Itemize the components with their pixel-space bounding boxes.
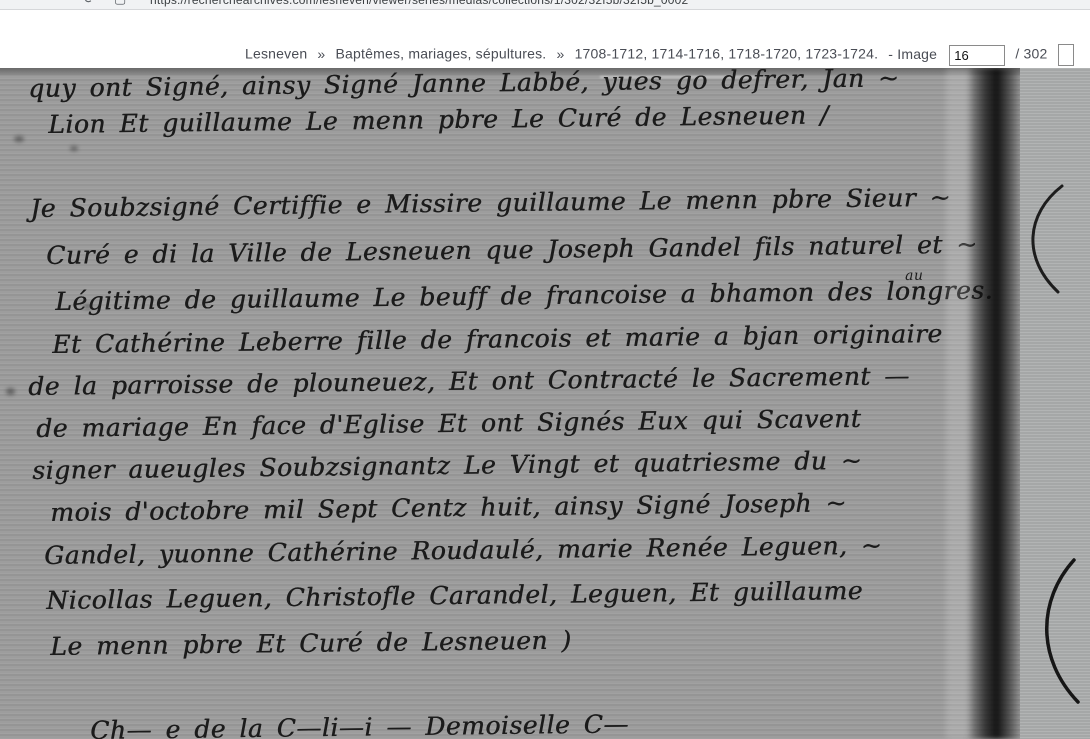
manuscript-line: Gandel, yuonne Cathérine Roudaulé, marie… xyxy=(44,531,882,570)
manuscript-line: Je Soubzsigné Certiffie e Missire guilla… xyxy=(30,183,951,223)
manuscript-line: Le menn pbre Et Curé de Lesneuen ) xyxy=(50,626,572,661)
manuscript-line: de mariage En face d'Eglise Et ont Signé… xyxy=(36,404,861,443)
ink-smudge xyxy=(70,146,78,151)
image-number-input[interactable] xyxy=(949,45,1005,66)
manuscript-line: Nicollas Leguen, Christofle Carandel, Le… xyxy=(46,576,863,615)
manuscript-line-partial: Ch— e de la C—li—i — Demoiselle C— xyxy=(90,709,629,739)
breadcrumb-location[interactable]: Lesneven xyxy=(245,46,307,62)
go-to-image-button[interactable] xyxy=(1058,44,1074,66)
ink-smudge xyxy=(84,304,91,309)
book-gutter-shadow xyxy=(966,68,1022,739)
breadcrumb-collection[interactable]: Baptêmes, mariages, sépultures. xyxy=(336,46,547,62)
breadcrumb-separator-icon: » xyxy=(317,46,325,62)
manuscript-line: Légitime de guillaume Le beuff de franco… xyxy=(55,276,993,316)
image-total: / 302 xyxy=(1015,46,1047,62)
manuscript-superscript: au xyxy=(905,268,924,284)
page-icon[interactable]: ▢ xyxy=(114,0,126,6)
breadcrumb: Lesneven » Baptêmes, mariages, sépulture… xyxy=(245,44,1074,66)
address-url[interactable]: https://recherchearchives.com/lesneven/v… xyxy=(150,0,688,7)
viewer-toolbar: Lesneven » Baptêmes, mariages, sépulture… xyxy=(0,10,1090,68)
manuscript-line: signer aueugles Soubzsignantz Le Vingt e… xyxy=(32,446,862,485)
breadcrumb-separator-icon: » xyxy=(556,46,564,62)
browser-address-bar[interactable]: ⟳ ▢ https://recherchearchives.com/lesnev… xyxy=(0,0,1090,10)
manuscript-line: quy ont Signé, ainsy Signé Janne Labbé, … xyxy=(28,68,900,103)
manuscript-line: Et Cathérine Leberre fille de francois e… xyxy=(52,319,943,359)
archive-viewer-page: { "browser": { "url": "https://recherche… xyxy=(0,0,1090,739)
manuscript-line: mois d'octobre mil Sept Centz huit, ains… xyxy=(50,488,847,527)
breadcrumb-years: 1708-1712, 1714-1716, 1718-1720, 1723-17… xyxy=(575,46,879,62)
manuscript-line: Lion Et guillaume Le menn pbre Le Curé d… xyxy=(48,100,829,139)
reload-icon[interactable]: ⟳ xyxy=(84,0,95,6)
manuscript-scan-image[interactable]: quy ont Signé, ainsy Signé Janne Labbé, … xyxy=(0,68,1090,739)
ink-flourish xyxy=(1022,556,1090,706)
manuscript-line: de la parroisse de plouneuez, Et ont Con… xyxy=(28,361,910,401)
ink-smudge xyxy=(14,136,24,142)
ink-smudge xyxy=(6,388,15,395)
manuscript-line: Curé e di la Ville de Lesneuen que Josep… xyxy=(46,230,978,270)
image-label: - Image xyxy=(888,46,937,62)
ink-flourish xyxy=(1000,180,1080,300)
